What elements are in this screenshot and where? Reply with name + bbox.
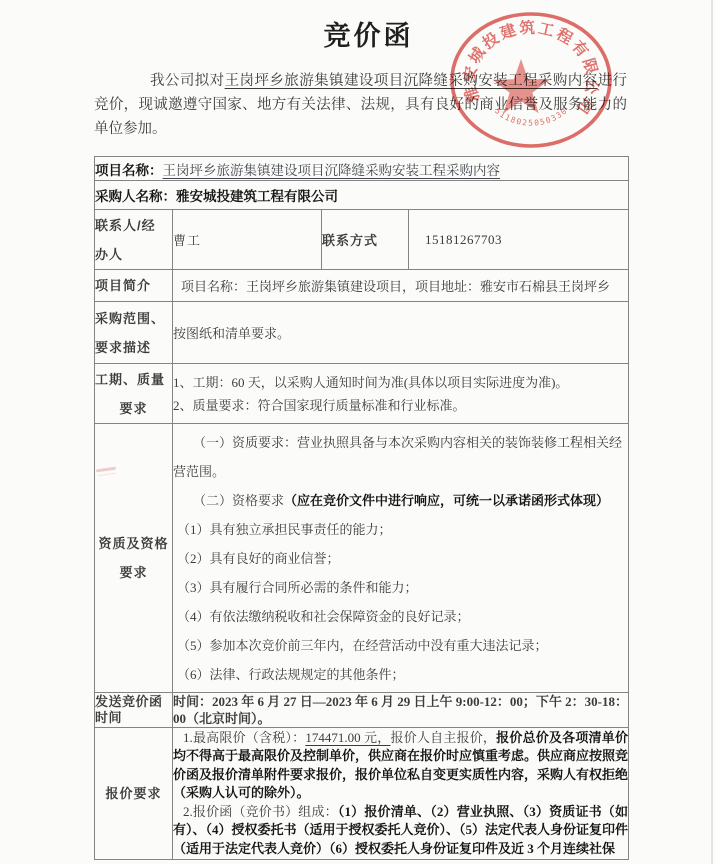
quotation-para2: 2.报价函（竞价书）组成：（1）报价清单、（2）营业执照、（3）资质证书（如有）… — [173, 803, 628, 859]
project-name-value: 王岗坪乡旅游集镇建设项目沉降缝采购安装工程采购内容 — [163, 163, 501, 178]
contact-label-line2: 办人 — [95, 240, 172, 269]
contact-method-label: 联系方式 — [322, 210, 409, 270]
contact-name-value: 曹工 — [173, 210, 322, 270]
quotation-content: 1.最高限价（含税）：174471.00 元，报价人自主报价，报价总价及各项清单… — [173, 728, 629, 860]
qualification-item: （1）具有独立承担民事责任的能力； — [173, 515, 628, 544]
scope-label-line1: 采购范围、 — [95, 304, 172, 333]
qualification-para1: （一）资质要求：营业执照具备与本次采购内容相关的装饰装修工程相关经营范围。 — [173, 428, 628, 486]
table-row-contact: 联系人/经 办人 曹工 联系方式 15181267703 — [95, 210, 629, 270]
quotation-label: 报价要求 — [95, 728, 173, 860]
table-row-send-time: 发送竞价函 时间 时间：2023 年 6 月 27 日—2023 年 6 月 2… — [95, 693, 629, 728]
qualification-content: （一）资质要求：营业执照具备与本次采购内容相关的装饰装修工程相关经营范围。 （二… — [173, 424, 629, 693]
overview-value: 项目名称：王岗坪乡旅游集镇建设项目，项目地址：雅安市石棉县王岗坪乡 — [173, 270, 629, 302]
schedule-label-line2: 要求 — [95, 394, 172, 423]
send-time-label-line2: 时间 — [95, 710, 172, 726]
qualification-label-line1: 资质及资格 — [95, 529, 172, 558]
document-page: 雅安城投建筑工程有限公司 5118025050330 竞价函 我公司拟对王岗坪乡… — [0, 0, 715, 864]
schedule-label-line1: 工期、质量 — [95, 365, 172, 394]
table-row-schedule: 工期、质量 要求 1、工期：60 天，以采购人通知时间为准(具体以项目实际进度为… — [95, 364, 629, 424]
qualification-label: 资质及资格 要求 — [95, 424, 173, 693]
qualification-para2-regular: （二）资格要求 — [193, 493, 284, 508]
table-row-quotation: 报价要求 1.最高限价（含税）：174471.00 元，报价人自主报价，报价总价… — [95, 728, 629, 860]
send-time-label-line1: 发送竞价函 — [95, 694, 172, 710]
qualification-label-line2: 要求 — [95, 558, 172, 587]
qualification-item: （3）具有履行合同所必需的条件和能力； — [173, 573, 628, 602]
intro-paragraph: 我公司拟对王岗坪乡旅游集镇建设项目沉降缝采购安装工程采购内容进行竞价，现诚邀遵守… — [94, 69, 627, 141]
schedule-line2: 2、质量要求：符合国家现行质量标准和行业标准。 — [173, 394, 628, 417]
schedule-label: 工期、质量 要求 — [95, 364, 173, 424]
qualification-para2: （二）资格要求（应在竞价文件中进行响应，可统一以承诺函形式体现） — [173, 486, 628, 515]
qualification-item: （4）有依法缴纳税收和社会保障资金的良好记录； — [173, 602, 628, 631]
quotation-p1-regular: 报价人自主报价， — [390, 730, 496, 745]
purchaser-value: 雅安城投建筑工程有限公司 — [176, 189, 338, 204]
table-row-overview: 项目简介 项目名称：王岗坪乡旅游集镇建设项目，项目地址：雅安市石棉县王岗坪乡 — [95, 270, 629, 302]
quotation-p1-prefix: 1.最高限价（含税）： — [183, 730, 305, 745]
quotation-para1: 1.最高限价（含税）：174471.00 元，报价人自主报价，报价总价及各项清单… — [173, 729, 628, 803]
bid-table: 项目名称：王岗坪乡旅游集镇建设项目沉降缝采购安装工程采购内容 采购人名称：雅安城… — [94, 156, 629, 860]
quotation-p1-max-price: 174471.00 元， — [305, 730, 390, 745]
table-row-scope: 采购范围、 要求描述 按图纸和清单要求。 — [95, 302, 629, 364]
qualification-para2-bold: （应在竞价文件中进行响应，可统一以承诺函形式体现） — [284, 493, 609, 508]
scope-label-line2: 要求描述 — [95, 333, 172, 362]
project-name-label: 项目名称： — [95, 163, 163, 178]
table-row-qualification: 资质及资格 要求 （一）资质要求：营业执照具备与本次采购内容相关的装饰装修工程相… — [95, 424, 629, 693]
table-row-purchaser: 采购人名称：雅安城投建筑工程有限公司 — [95, 181, 629, 210]
contact-label: 联系人/经 办人 — [95, 210, 173, 270]
page-title: 竞价函 — [0, 14, 715, 53]
overview-label: 项目简介 — [95, 270, 173, 302]
qualification-item: （6）法律、行政法规规定的其他条件； — [173, 660, 628, 689]
contact-label-line1: 联系人/经 — [95, 211, 172, 240]
intro-project-name: 王岗坪乡旅游集镇建设项目沉降缝采购安装工程采购内容 — [225, 73, 598, 89]
schedule-line1: 1、工期：60 天，以采购人通知时间为准(具体以项目实际进度为准)。 — [173, 371, 628, 394]
qualification-item: （5）参加本次竞价前三年内，在经营活动中没有重大违法记录； — [173, 631, 628, 660]
contact-phone-value: 15181267703 — [409, 210, 629, 270]
purchaser-label: 采购人名称： — [95, 189, 176, 204]
scope-value: 按图纸和清单要求。 — [173, 302, 629, 364]
quotation-p2-prefix: 2.报价函（竞价书）组成： — [183, 804, 338, 819]
send-time-label: 发送竞价函 时间 — [95, 693, 173, 728]
send-time-value: 时间：2023 年 6 月 27 日—2023 年 6 月 29 日上午 9:0… — [173, 693, 629, 728]
table-row-project-name: 项目名称：王岗坪乡旅游集镇建设项目沉降缝采购安装工程采购内容 — [95, 157, 629, 181]
qualification-item: （2）具有良好的商业信誉； — [173, 544, 628, 573]
scope-label: 采购范围、 要求描述 — [95, 302, 173, 364]
intro-prefix: 我公司拟对 — [150, 73, 225, 89]
scan-page-edge — [711, 0, 713, 864]
schedule-value: 1、工期：60 天，以采购人通知时间为准(具体以项目实际进度为准)。 2、质量要… — [173, 364, 629, 424]
